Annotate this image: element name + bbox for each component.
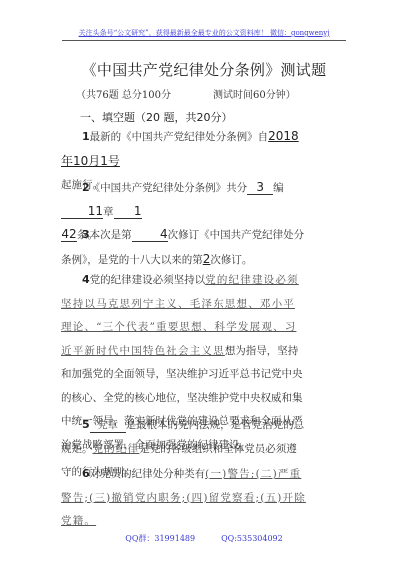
answer-blank: 4	[132, 228, 168, 242]
answer-blank: 11	[61, 205, 103, 219]
unit-label: 章	[103, 206, 114, 218]
answer-blank: 3	[247, 181, 273, 195]
question-number: 1	[82, 130, 90, 143]
subtitle-time: 测试时间60分钟）	[213, 90, 296, 101]
question-number: 4	[82, 273, 90, 286]
question-number: 3	[82, 228, 90, 241]
question-number: 2	[82, 181, 90, 194]
question-text: 对党员的纪律处分种类有	[90, 468, 206, 480]
question-3: 3本次是第4次修订《中国共产党纪律处分条例》，是党的十八大以来的第2次修订。	[61, 223, 306, 272]
footer-contact: QQ群：31991489QQ:535304092	[0, 533, 408, 545]
answer: 党的纪律	[93, 443, 140, 455]
question-6: 6对党员的纪律处分种类有(一)警告;(二)严重警告;(三)撤销党内职务;(四)留…	[61, 462, 306, 534]
footer-qq: QQ:535304092	[221, 534, 283, 543]
section-heading: 一、填空题（20 题，共20分）	[80, 111, 233, 125]
answer-blank: 1	[114, 205, 142, 219]
question-number: 6	[82, 467, 90, 480]
document-subtitle: （共76题 总分100分测试时间60分钟）	[76, 89, 376, 103]
header-banner-link[interactable]: 关注头条号“公文研究”，获得最新最全最专业的公文资料库！ 微信：gongweny…	[79, 29, 330, 37]
header-banner: 关注头条号“公文研究”，获得最新最全最专业的公文资料库！ 微信：gongweny…	[62, 28, 346, 41]
question-text: 《中国共产党纪律处分条例》共分	[90, 182, 248, 194]
question-text: 最新的《中国共产党纪律处分条例》自	[90, 131, 269, 143]
question-number: 5	[82, 418, 90, 431]
question-text-after: 次修订。	[210, 254, 252, 266]
footer-qq-group: QQ群：31991489	[125, 534, 195, 543]
question-text: 本次是第	[90, 229, 132, 241]
question-text: 党的纪律建设必须坚持以	[90, 274, 206, 286]
document-title: 《中国共产党纪律处分条例》测试题	[0, 60, 408, 80]
answer-blank: 党章	[90, 419, 126, 433]
unit-label: 编	[273, 182, 284, 194]
subtitle-score: （共76题 总分100分	[76, 90, 171, 101]
